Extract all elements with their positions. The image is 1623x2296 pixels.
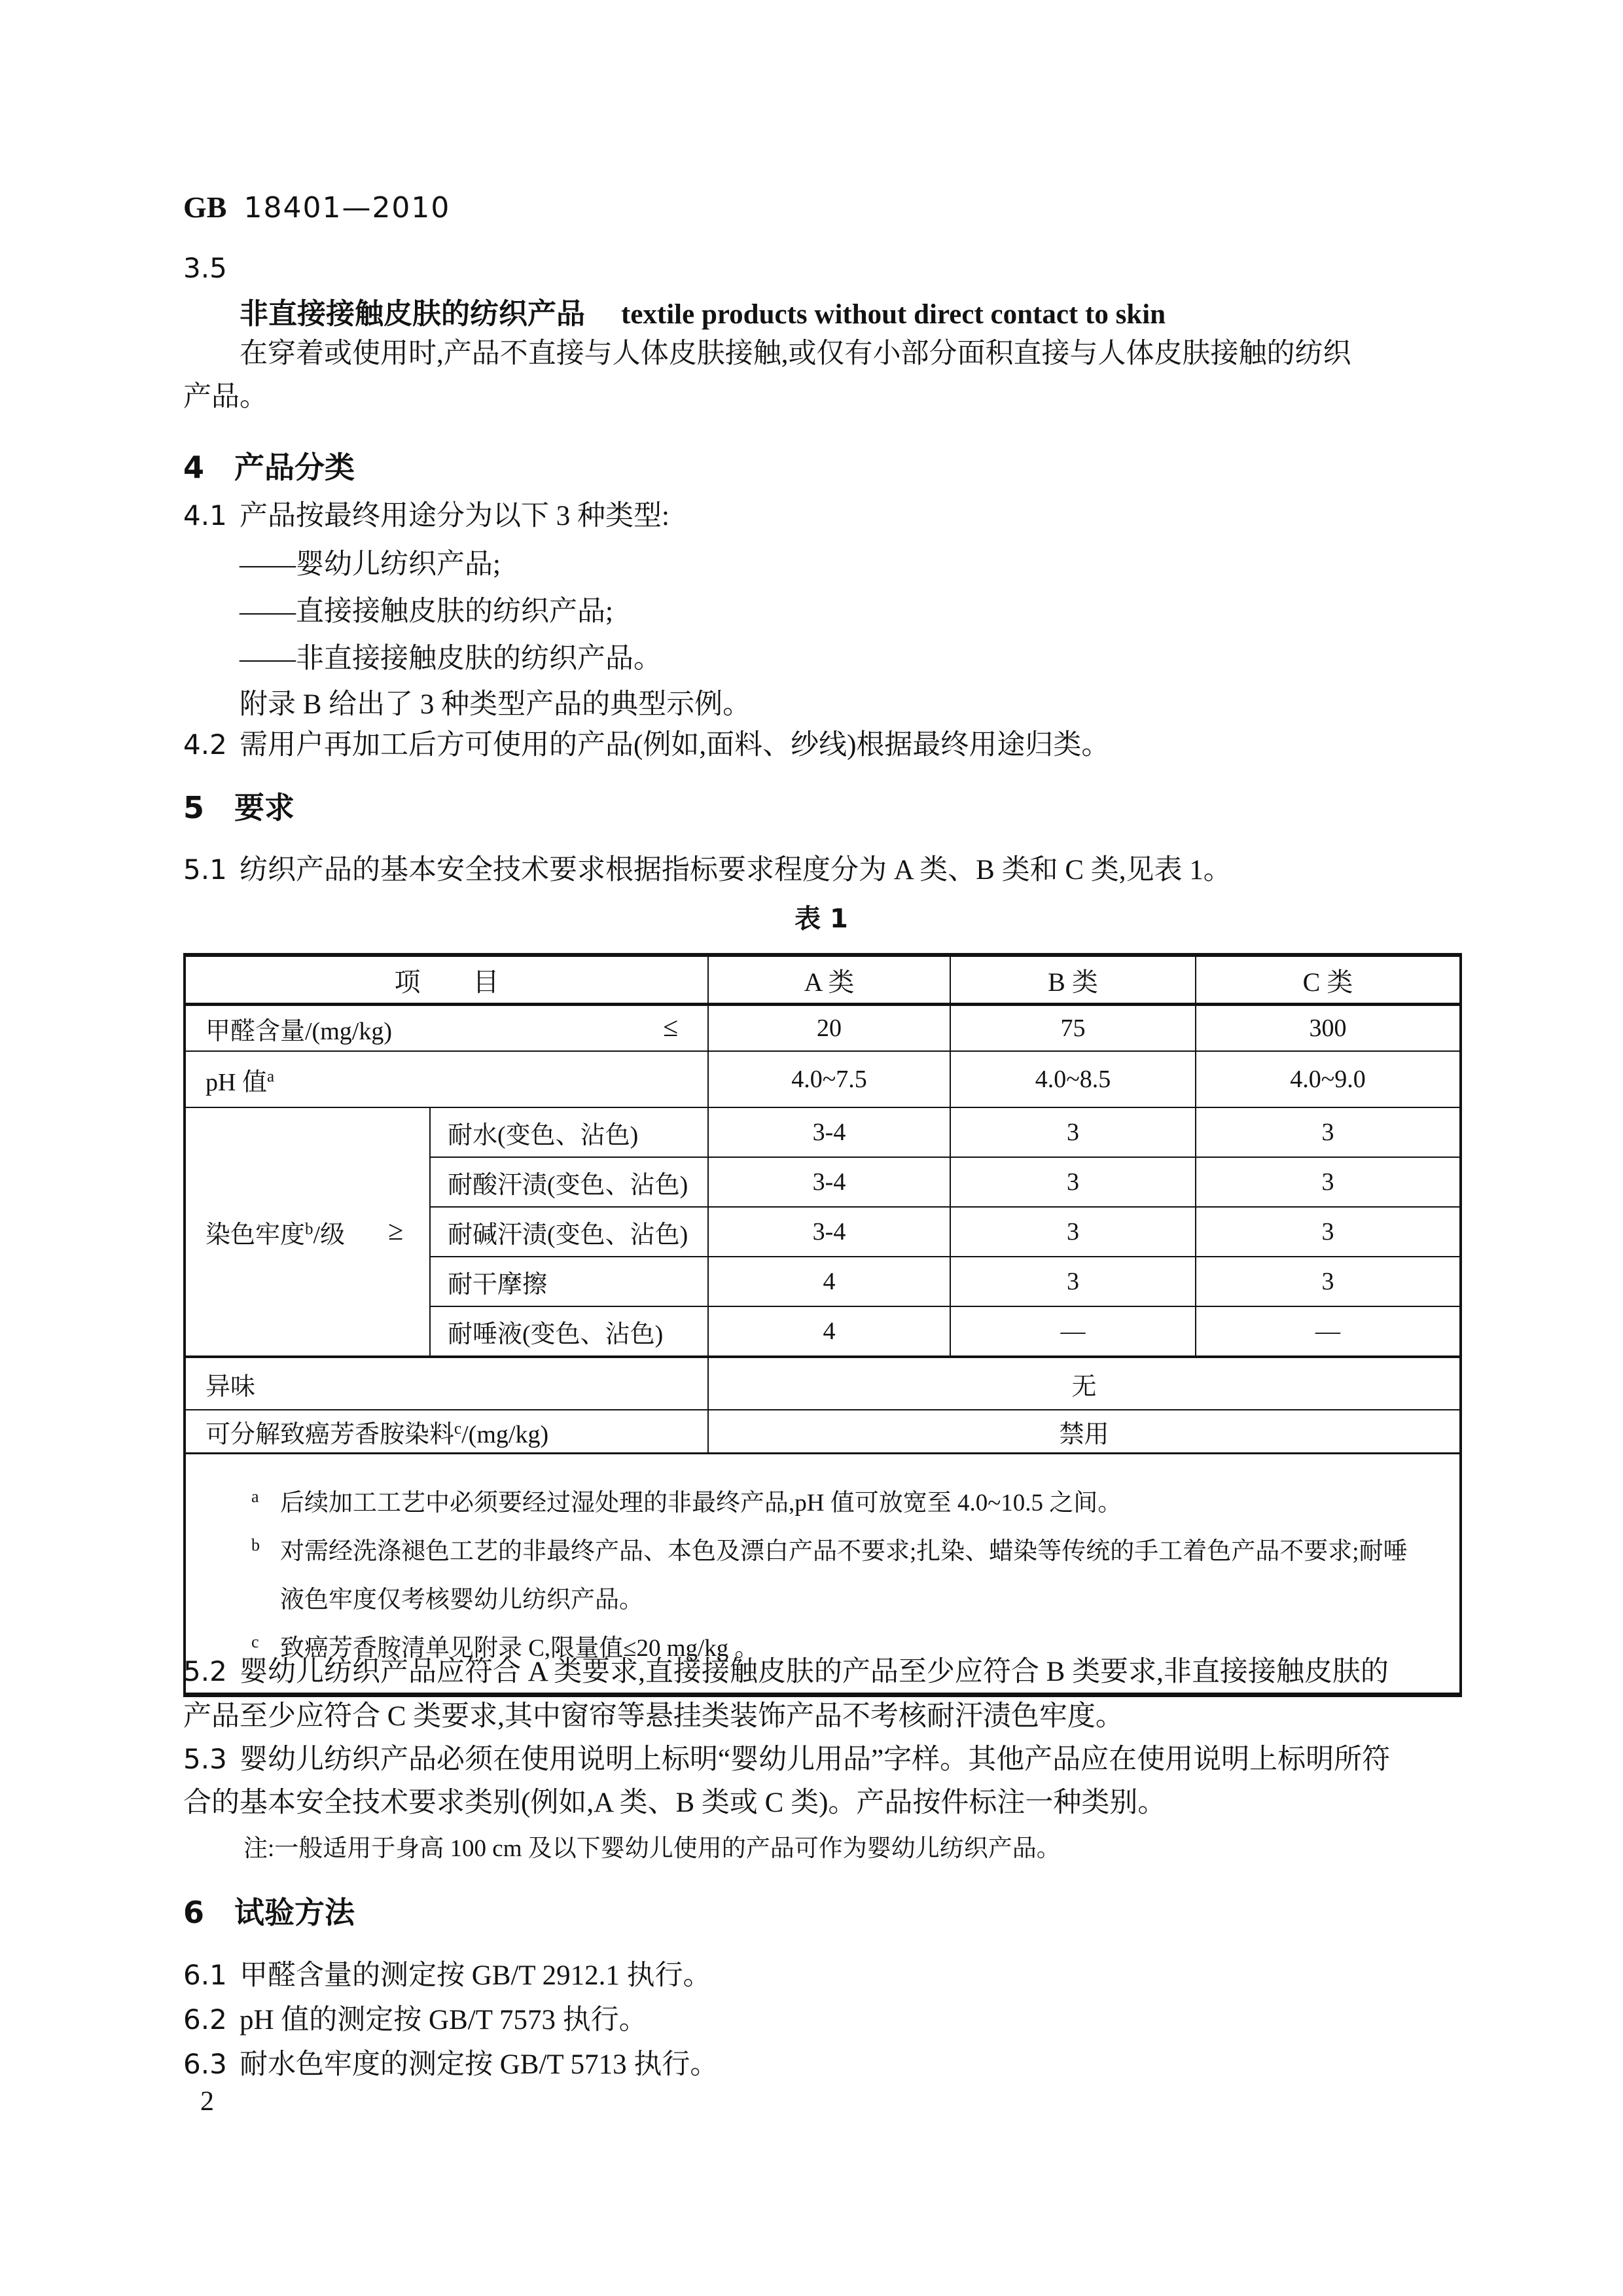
fastness-rubbing-label: 耐干摩擦 [430,1257,708,1306]
amines-value: 禁用 [708,1410,1461,1454]
fastness-saliva-a: 4 [708,1306,950,1357]
row-ph: pH 值a 4.0~7.5 4.0~8.5 4.0~9.0 [185,1051,1461,1107]
fastness-rubbing-a: 4 [708,1257,950,1306]
table-1: 项 目 A 类 B 类 C 类 甲醛含量/(mg/kg) ≤ 20 75 300… [183,953,1462,1697]
clause-5-2-line-2: 产品至少应符合 C 类要求,其中窗帘等悬挂类装饰产品不考核耐汗渍色牢度。 [183,1699,1124,1734]
clause-5-2-line-1: 5.2婴幼儿纺织产品应符合 A 类要求,直接接触皮肤的产品至少应符合 B 类要求… [183,1655,1389,1690]
term-english: textile products without direct contact … [621,299,1166,330]
fastness-acid-b: 3 [950,1157,1196,1207]
fastness-water-label: 耐水(变色、沾色) [430,1107,708,1157]
less-equal-operator: ≤ [663,1012,678,1043]
greater-equal-operator: ≥ [388,1215,403,1247]
section-6-title: 试验方法 [234,1895,355,1930]
section-6-number: 6 [183,1894,234,1932]
clause-4-2-text: 需用户再加工后方可使用的产品(例如,面料、纱线)根据最终用途归类。 [240,730,1109,761]
fastness-footnote-mark: b [305,1220,313,1238]
clause-5-3-number: 5.3 [183,1742,240,1777]
clause-6-1-number: 6.1 [183,1958,240,1993]
page-number: 2 [200,2085,214,2119]
section-5-heading: 5要求 [183,789,294,827]
row-fastness-water: 染色牢度b/级 ≥ 耐水(变色、沾色) 3-4 3 3 [185,1107,1461,1157]
clause-4-2-number: 4.2 [183,728,240,762]
fastness-rubbing-b: 3 [950,1257,1196,1306]
standard-header: GB18401—2010 [183,190,450,224]
section-5-title: 要求 [234,790,294,825]
fastness-label: 染色牢度b/级 [205,1221,345,1249]
section-4-number: 4 [183,449,234,487]
clause-5-1-number: 5.1 [183,853,240,888]
formaldehyde-a: 20 [708,1005,950,1052]
col-header-class-b: B 类 [950,955,1196,1005]
term-chinese: 非直接接触皮肤的纺织产品 [240,297,585,331]
document-page: GB18401—2010 3.5 非直接接触皮肤的纺织产品textile pro… [0,0,1623,2296]
fastness-acid-label: 耐酸汗渍(变色、沾色) [430,1157,708,1207]
clause-5-3-line-1: 5.3婴幼儿纺织产品必须在使用说明上标明“婴幼儿用品”字样。其他产品应在使用说明… [183,1742,1390,1778]
col-header-class-a: A 类 [708,955,950,1005]
clause-6-3: 6.3耐水色牢度的测定按 GB/T 5713 执行。 [183,2047,718,2083]
fastness-water-c: 3 [1196,1107,1461,1157]
clause-4-2: 4.2需用户再加工后方可使用的产品(例如,面料、纱线)根据最终用途归类。 [183,728,1109,763]
standard-number: 18401—2010 [243,191,450,224]
definition-line-2: 产品。 [183,380,268,415]
fastness-acid-c: 3 [1196,1157,1461,1207]
clause-6-2: 6.2pH 值的测定按 GB/T 7573 执行。 [183,2003,647,2038]
col-header-class-c: C 类 [1196,955,1461,1005]
clause-4-1-text: 产品按最终用途分为以下 3 种类型: [240,501,669,531]
table-header-row: 项 目 A 类 B 类 C 类 [185,955,1461,1005]
fastness-water-a: 3-4 [708,1107,950,1157]
fastness-saliva-c: — [1196,1306,1461,1357]
list-item-1: ——婴幼儿纺织产品; [240,547,501,583]
fastness-acid-a: 3-4 [708,1157,950,1207]
clause-5-1: 5.1纺织产品的基本安全技术要求根据指标要求程度分为 A 类、B 类和 C 类,… [183,853,1232,888]
clause-6-2-number: 6.2 [183,2003,240,2037]
amines-label-cell: 可分解致癌芳香胺染料c/(mg/kg) [185,1410,708,1454]
term-line: 非直接接触皮肤的纺织产品textile products without dir… [240,296,1166,332]
clause-4-1: 4.1产品按最终用途分为以下 3 种类型: [183,499,669,534]
formaldehyde-c: 300 [1196,1005,1461,1052]
footnote-b-line-1: b 对需经洗涤褪色工艺的非最终产品、本色及漂白产品不要求;扎染、蜡染等传统的手工… [251,1528,1420,1576]
odor-label: 异味 [185,1357,708,1410]
formaldehyde-label: 甲醛含量/(mg/kg) [205,1018,392,1045]
footnote-b-line-2: 液色牢度仅考核婴幼儿纺织产品。 [251,1576,1420,1624]
fastness-group-cell: 染色牢度b/级 ≥ [185,1107,430,1357]
fastness-alkali-b: 3 [950,1207,1196,1257]
clause-5-3-note: 注:一般适用于身高 100 cm 及以下婴幼儿使用的产品可作为婴幼儿纺织产品。 [243,1834,1061,1864]
fastness-water-b: 3 [950,1107,1196,1157]
formaldehyde-label-cell: 甲醛含量/(mg/kg) ≤ [185,1005,708,1052]
fastness-saliva-label: 耐唾液(变色、沾色) [430,1306,708,1357]
fastness-alkali-c: 3 [1196,1207,1461,1257]
ph-b: 4.0~8.5 [950,1051,1196,1107]
fastness-rubbing-c: 3 [1196,1257,1461,1306]
clause-6-1: 6.1甲醛含量的测定按 GB/T 2912.1 执行。 [183,1958,711,1994]
ph-footnote-mark: a [267,1067,274,1085]
ph-label: pH 值 [205,1069,267,1096]
clause-5-1-text: 纺织产品的基本安全技术要求根据指标要求程度分为 A 类、B 类和 C 类,见表 … [240,855,1232,886]
section-5-number: 5 [183,789,234,827]
row-odor: 异味 无 [185,1357,1461,1410]
clause-3-5-number: 3.5 [183,251,227,287]
clause-6-3-number: 6.3 [183,2047,240,2082]
fastness-alkali-label: 耐碱汗渍(变色、沾色) [430,1207,708,1257]
odor-value: 无 [708,1357,1461,1410]
fastness-saliva-b: — [950,1306,1196,1357]
clause-5-3-line-2: 合的基本安全技术要求类别(例如,A 类、B 类或 C 类)。产品按件标注一种类别… [183,1785,1166,1821]
list-item-3: ——非直接接触皮肤的纺织产品。 [240,641,662,677]
section-4-title: 产品分类 [234,450,355,485]
list-item-2: ——直接接触皮肤的纺织产品; [240,594,613,630]
ph-label-cell: pH 值a [185,1051,708,1107]
row-aromatic-amines: 可分解致癌芳香胺染料c/(mg/kg) 禁用 [185,1410,1461,1454]
col-header-item: 项 目 [185,955,708,1005]
clause-4-1-number: 4.1 [183,499,240,533]
fastness-alkali-a: 3-4 [708,1207,950,1257]
row-formaldehyde: 甲醛含量/(mg/kg) ≤ 20 75 300 [185,1005,1461,1052]
formaldehyde-b: 75 [950,1005,1196,1052]
clause-5-2-number: 5.2 [183,1655,240,1689]
ph-a: 4.0~7.5 [708,1051,950,1107]
footnote-a: a 后续加工工艺中必须要经过湿处理的非最终产品,pH 值可放宽至 4.0~10.… [251,1479,1420,1528]
amines-footnote-mark: c [454,1420,461,1437]
appendix-note: 附录 B 给出了 3 种类型产品的典型示例。 [240,687,751,723]
section-6-heading: 6试验方法 [183,1894,355,1932]
standard-prefix: GB [183,190,226,224]
table-1-caption: 表 1 [183,898,1459,935]
section-4-heading: 4产品分类 [183,449,355,487]
definition-line-1: 在穿着或使用时,产品不直接与人体皮肤接触,或仅有小部分面积直接与人体皮肤接触的纺… [240,336,1351,372]
ph-c: 4.0~9.0 [1196,1051,1461,1107]
